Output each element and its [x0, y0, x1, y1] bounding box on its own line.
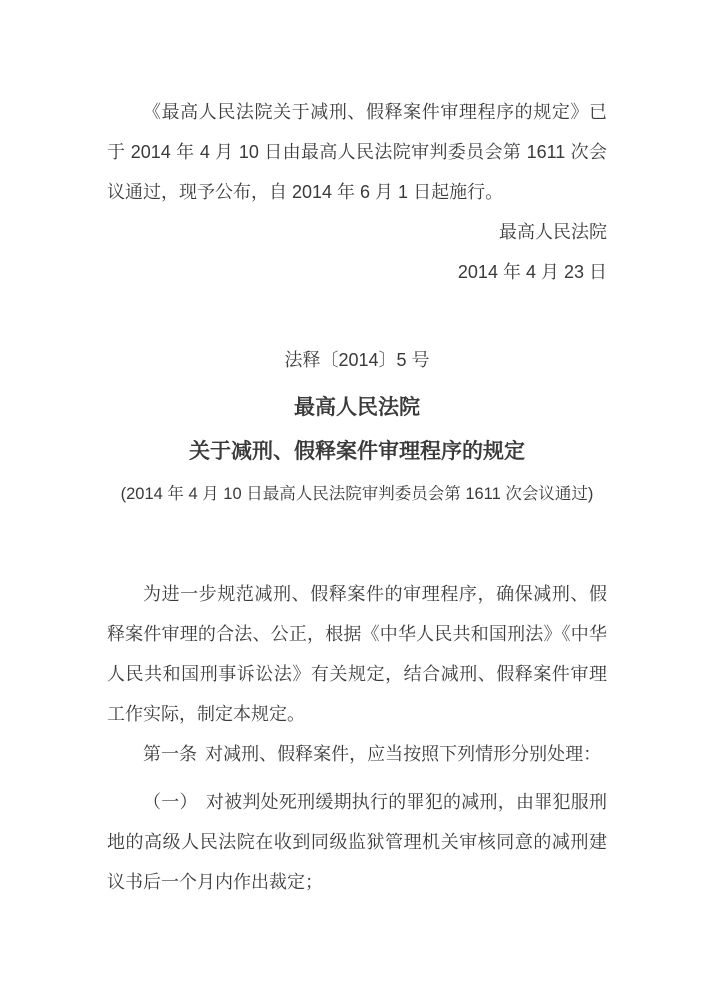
preamble-paragraph: 为进一步规范减刑、假释案件的审理程序，确保减刑、假释案件审理的合法、公正，根据《… — [107, 574, 607, 734]
document-page: 《最高人民法院关于减刑、假释案件审理程序的规定》已于 2014 年 4 月 10… — [0, 0, 707, 999]
announcement-intro: 《最高人民法院关于减刑、假释案件审理程序的规定》已于 2014 年 4 月 10… — [107, 92, 607, 212]
document-title-org: 最高人民法院 — [107, 386, 607, 430]
signature-block: 最高人民法院 2014 年 4 月 23 日 — [107, 212, 607, 292]
article-1-label: 第一条 — [143, 744, 197, 764]
signature-issuer: 最高人民法院 — [107, 212, 607, 252]
article-1-item-1-label: （一） — [143, 792, 198, 812]
document-number: 法释〔2014〕5 号 — [107, 340, 607, 380]
article-1-text: 对减刑、假释案件，应当按照下列情形分别处理： — [205, 744, 601, 764]
document-title-main: 关于减刑、假释案件审理程序的规定 — [107, 430, 607, 474]
article-1-paragraph: 第一条对减刑、假释案件，应当按照下列情形分别处理： — [107, 734, 607, 774]
signature-date: 2014 年 4 月 23 日 — [107, 252, 607, 292]
adoption-note: (2014 年 4 月 10 日最高人民法院审判委员会第 1611 次会议通过) — [107, 474, 607, 514]
article-1-item-1-paragraph: （一）对被判处死刑缓期执行的罪犯的减刑，由罪犯服刑地的高级人民法院在收到同级监狱… — [107, 782, 607, 902]
